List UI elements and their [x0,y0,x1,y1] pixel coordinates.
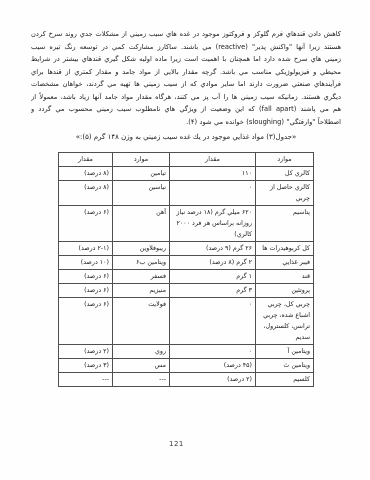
table-row: كالري حاصل از چربي ۰ نياسين (۸ درصد) [59,181,314,206]
header-amount-left: مقدار [59,153,113,167]
amount-cell-right: ۲۶ گرم (۹ درصد) [170,242,256,256]
amount-cell-left: (۲-۱ درصد) [59,242,113,256]
amount-cell-left: (۶ درصد) [59,284,113,298]
page-number: 121 [169,440,184,448]
amount-cell-left: (۸ درصد) [59,181,113,206]
amount-cell-right: ۰ [170,298,256,345]
amount-cell-left: (۶ درصد) [59,270,113,284]
table-row: كل كربوهيدرات ها ۲۶ گرم (۹ درصد) ريبوفلا… [59,242,314,256]
nutrition-table-header: موارد مقدار موارد مقدار [59,153,314,167]
item-cell-left: ريبوفلاوين [113,242,170,256]
table-row: قند ۱ گرم فسفر (۶ درصد) [59,270,314,284]
paragraph-line: هم مي پاشند (fall apart) كه اين وضعيت از… [31,103,341,116]
header-item-left: موارد [113,153,170,167]
header-amount-right: مقدار [170,153,256,167]
item-cell-left: ويتامين ب۶ [113,256,170,270]
table-caption: «جدول(۳) مواد غذايي موجود در يك غده سيب … [31,132,341,143]
amount-cell-right: ۱ گرم [170,270,256,284]
item-cell-right: كالري حاصل از چربي [256,181,314,206]
item-cell-left: روي [113,345,170,359]
amount-cell-right: ۱۱۰ [170,167,256,181]
table-row: كلسيم (۲ درصد) --- --- [59,373,314,387]
amount-cell-right: ۲ گرم (۸ درصد) [170,256,256,270]
item-cell-right: كل كربوهيدرات ها [256,242,314,256]
item-cell-left: مس [113,359,170,373]
amount-cell-left: (۲ درصد) [59,345,113,359]
paragraph-line: هستند زيرا آنها "واكنش پذير" (reactive) … [31,41,341,54]
item-cell-left: منيزيم [113,284,170,298]
amount-cell-right: (۲ درصد) [170,373,256,387]
table-row: چربي كل، چربي اشباع شده، چربي ترانس، كلس… [59,298,314,345]
table-row: پتاسيم ۶۲۰ ميلي گرم (۱۸ درصد نياز روزانه… [59,206,314,242]
item-cell-right: ويتامين آ [256,345,314,359]
paragraph-line: محيطي و فيزيولوژيكي مناسب مي باشد. گرچه … [31,66,341,79]
amount-cell-right: ۰ [170,345,256,359]
amount-cell-right: ۳ گرم [170,284,256,298]
table-row: ويتامين ث (۴۵ درصد) مس (۳ درصد) [59,359,314,373]
item-cell-left: تيامين [113,167,170,181]
amount-cell-right: (۴۵ درصد) [170,359,256,373]
page-content: كاهش دادن قندهاي فرم گلوكز و فروكتوز موج… [0,0,370,387]
item-cell-left: --- [113,373,170,387]
amount-cell-left: (۳ درصد) [59,359,113,373]
nutrition-table: موارد مقدار موارد مقدار كالري كل ۱۱۰ تيا… [58,152,314,387]
amount-cell-right: ۶۲۰ ميلي گرم (۱۸ درصد نياز روزانه براساس… [170,206,256,242]
table-row: پروتئين ۳ گرم منيزيم (۶ درصد) [59,284,314,298]
amount-cell-left: --- [59,373,113,387]
paragraph-line: كاهش دادن قندهاي فرم گلوكز و فروكتوز موج… [31,28,341,41]
item-cell-right: پروتئين [256,284,314,298]
paragraph-line: اصطلاحاً "وارفتگي" (sloughing) خوانده مي… [31,116,341,129]
header-row: موارد مقدار موارد مقدار [59,153,314,167]
item-cell-left: آهن [113,206,170,242]
nutrition-table-body: كالري كل ۱۱۰ تيامين (۸ درصد) كالري حاصل … [59,167,314,387]
header-item-right: موارد [256,153,314,167]
item-cell-right: كلسيم [256,373,314,387]
amount-cell-left: (۸ درصد) [59,167,113,181]
item-cell-left: فسفر [113,270,170,284]
paragraph-line: زميني هاي سرخ شده دارد اما همچنان با اهم… [31,53,341,66]
amount-cell-left: (۶ درصد) [59,206,113,242]
item-cell-right: فيبر غذايي [256,256,314,270]
table-row: فيبر غذايي ۲ گرم (۸ درصد) ويتامين ب۶ (۱۰… [59,256,314,270]
item-cell-right: ويتامين ث [256,359,314,373]
body-paragraph: كاهش دادن قندهاي فرم گلوكز و فروكتوز موج… [31,28,341,128]
amount-cell-right: ۰ [170,181,256,206]
item-cell-right: پتاسيم [256,206,314,242]
table-row: كالري كل ۱۱۰ تيامين (۸ درصد) [59,167,314,181]
document-page: كاهش دادن قندهاي فرم گلوكز و فروكتوز موج… [0,0,370,480]
amount-cell-left: (۶ درصد) [59,298,113,345]
table-row: ويتامين آ ۰ روي (۲ درصد) [59,345,314,359]
item-cell-right: قند [256,270,314,284]
item-cell-left: فولايت [113,298,170,345]
paragraph-line: ديگري هستند. زمانيكه سيب زميني ها را آب … [31,91,341,104]
item-cell-right: كالري كل [256,167,314,181]
item-cell-left: نياسين [113,181,170,206]
amount-cell-left: (۱۰ درصد) [59,256,113,270]
paragraph-line: فرآيندهاي صنعتي ضرورت دارند اما ساير موا… [31,78,341,91]
item-cell-right: چربي كل، چربي اشباع شده، چربي ترانس، كلس… [256,298,314,345]
